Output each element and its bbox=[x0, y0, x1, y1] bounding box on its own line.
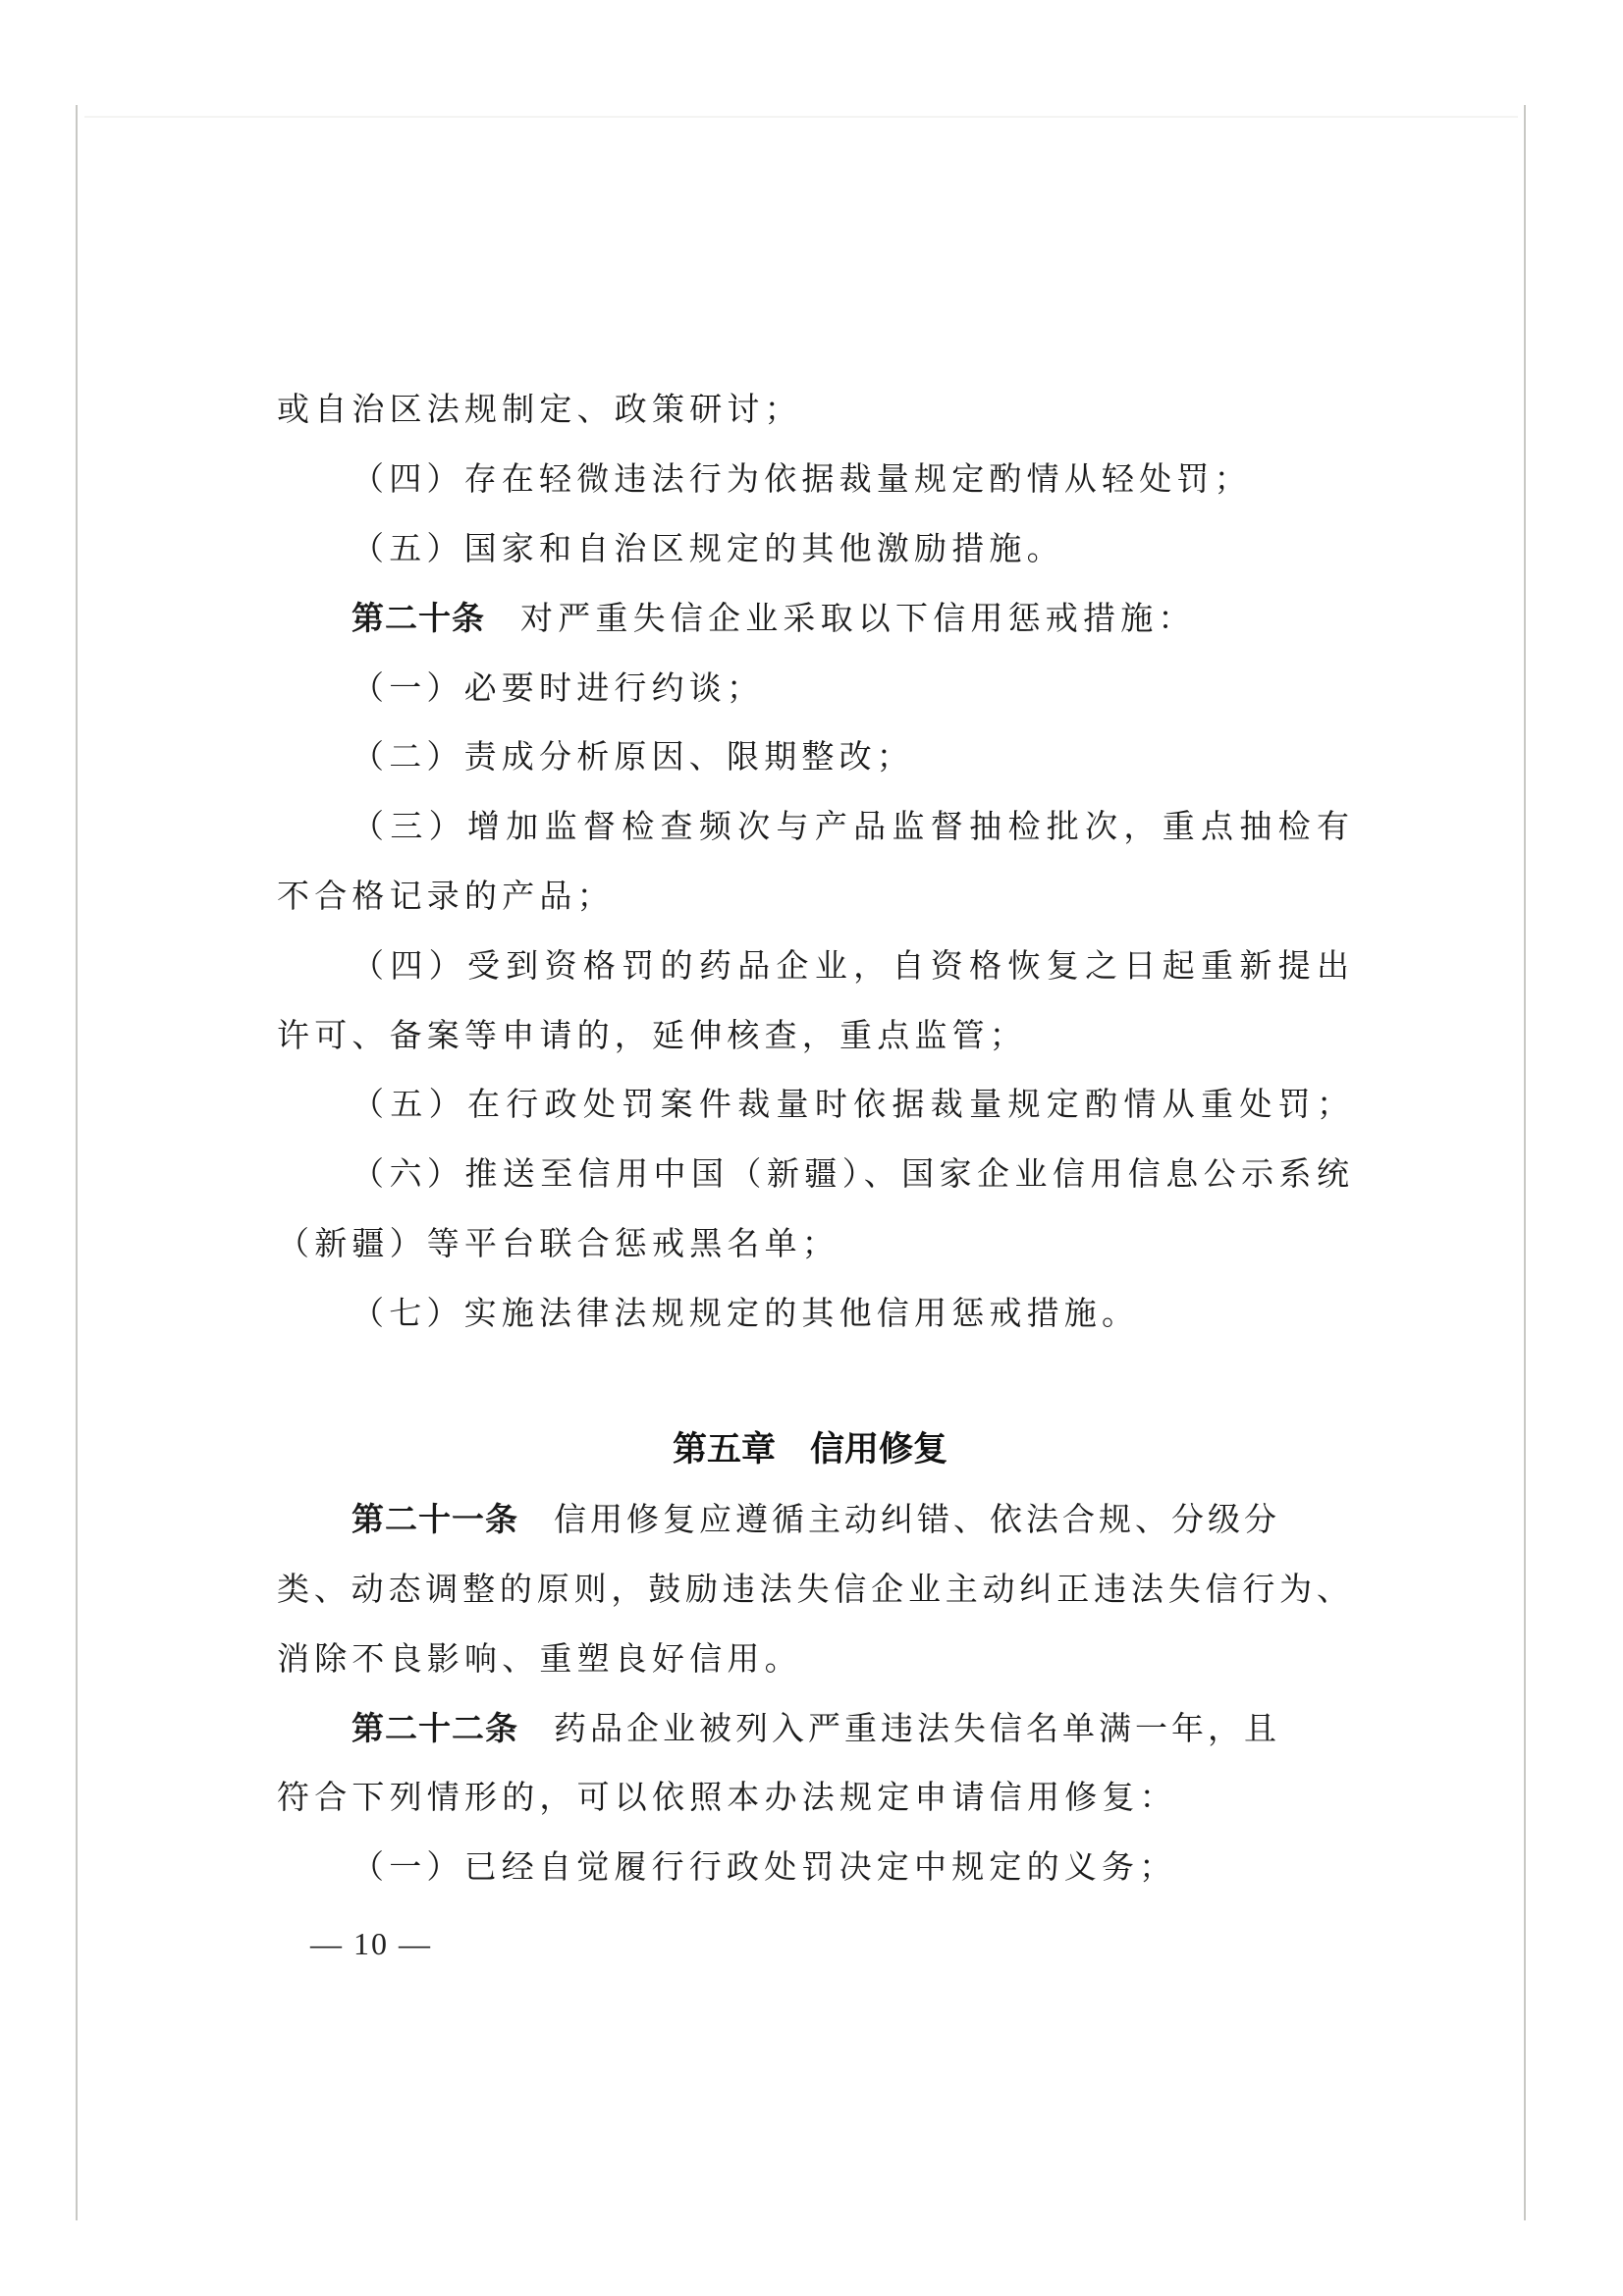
paragraph-line: （新疆）等平台联合惩戒黑名单； bbox=[277, 1222, 1349, 1265]
paragraph-line: 消除不良影响、重塑良好信用。 bbox=[277, 1637, 1349, 1681]
paragraph-line: 不合格记录的产品； bbox=[277, 875, 1349, 918]
article-number: 第二十一条 bbox=[352, 1500, 518, 1538]
chapter-heading: 第五章 信用修复 bbox=[658, 1426, 962, 1473]
paragraph-line: 许可、备案等申请的，延伸核查，重点监管； bbox=[277, 1014, 1349, 1057]
list-item: （七）实施法律法规规定的其他信用惩戒措施。 bbox=[352, 1292, 1349, 1335]
list-item: （一）必要时进行约谈； bbox=[352, 667, 1349, 710]
list-item: （五）国家和自治区规定的其他激励措施。 bbox=[352, 527, 1349, 570]
article-number: 第二十条 bbox=[352, 599, 485, 637]
paragraph-line: 或自治区法规制定、政策研讨； bbox=[277, 388, 1349, 431]
article-text: 信用修复应遵循主动纠错、依法合规、分级分 bbox=[554, 1500, 1280, 1538]
list-item: （二）责成分析原因、限期整改； bbox=[352, 735, 1349, 778]
list-item: （一）已经自觉履行行政处罚决定中规定的义务； bbox=[352, 1845, 1349, 1889]
page-frame-left-border bbox=[76, 105, 78, 2220]
page-number: — 10 — bbox=[310, 1924, 453, 1963]
list-item: （四）受到资格罚的药品企业，自资格恢复之日起重新提出 bbox=[352, 944, 1349, 988]
article-22: 第二十二条药品企业被列入严重违法失信名单满一年，且 bbox=[352, 1707, 1349, 1750]
article-number: 第二十二条 bbox=[352, 1709, 518, 1747]
article-20: 第二十条对严重失信企业采取以下信用惩戒措施： bbox=[352, 597, 1349, 640]
list-item: （四）存在轻微违法行为依据裁量规定酌情从轻处罚； bbox=[352, 457, 1349, 501]
list-item: （六）推送至信用中国（新疆）、国家企业信用信息公示系统 bbox=[352, 1152, 1349, 1196]
page-frame-top-edge bbox=[84, 116, 1518, 118]
paragraph-line: 符合下列情形的，可以依照本办法规定申请信用修复： bbox=[277, 1776, 1349, 1819]
list-item: （三）增加监督检查频次与产品监督抽检批次，重点抽检有 bbox=[352, 805, 1349, 848]
paragraph-line: 类、动态调整的原则，鼓励违法失信企业主动纠正违法失信行为、 bbox=[277, 1568, 1349, 1611]
article-text: 对严重失信企业采取以下信用惩戒措施： bbox=[520, 599, 1196, 637]
page-frame-right-border bbox=[1524, 105, 1526, 2220]
article-21: 第二十一条信用修复应遵循主动纠错、依法合规、分级分 bbox=[352, 1498, 1349, 1541]
article-text: 药品企业被列入严重违法失信名单满一年，且 bbox=[554, 1709, 1280, 1747]
list-item: （五）在行政处罚案件裁量时依据裁量规定酌情从重处罚； bbox=[352, 1083, 1349, 1126]
